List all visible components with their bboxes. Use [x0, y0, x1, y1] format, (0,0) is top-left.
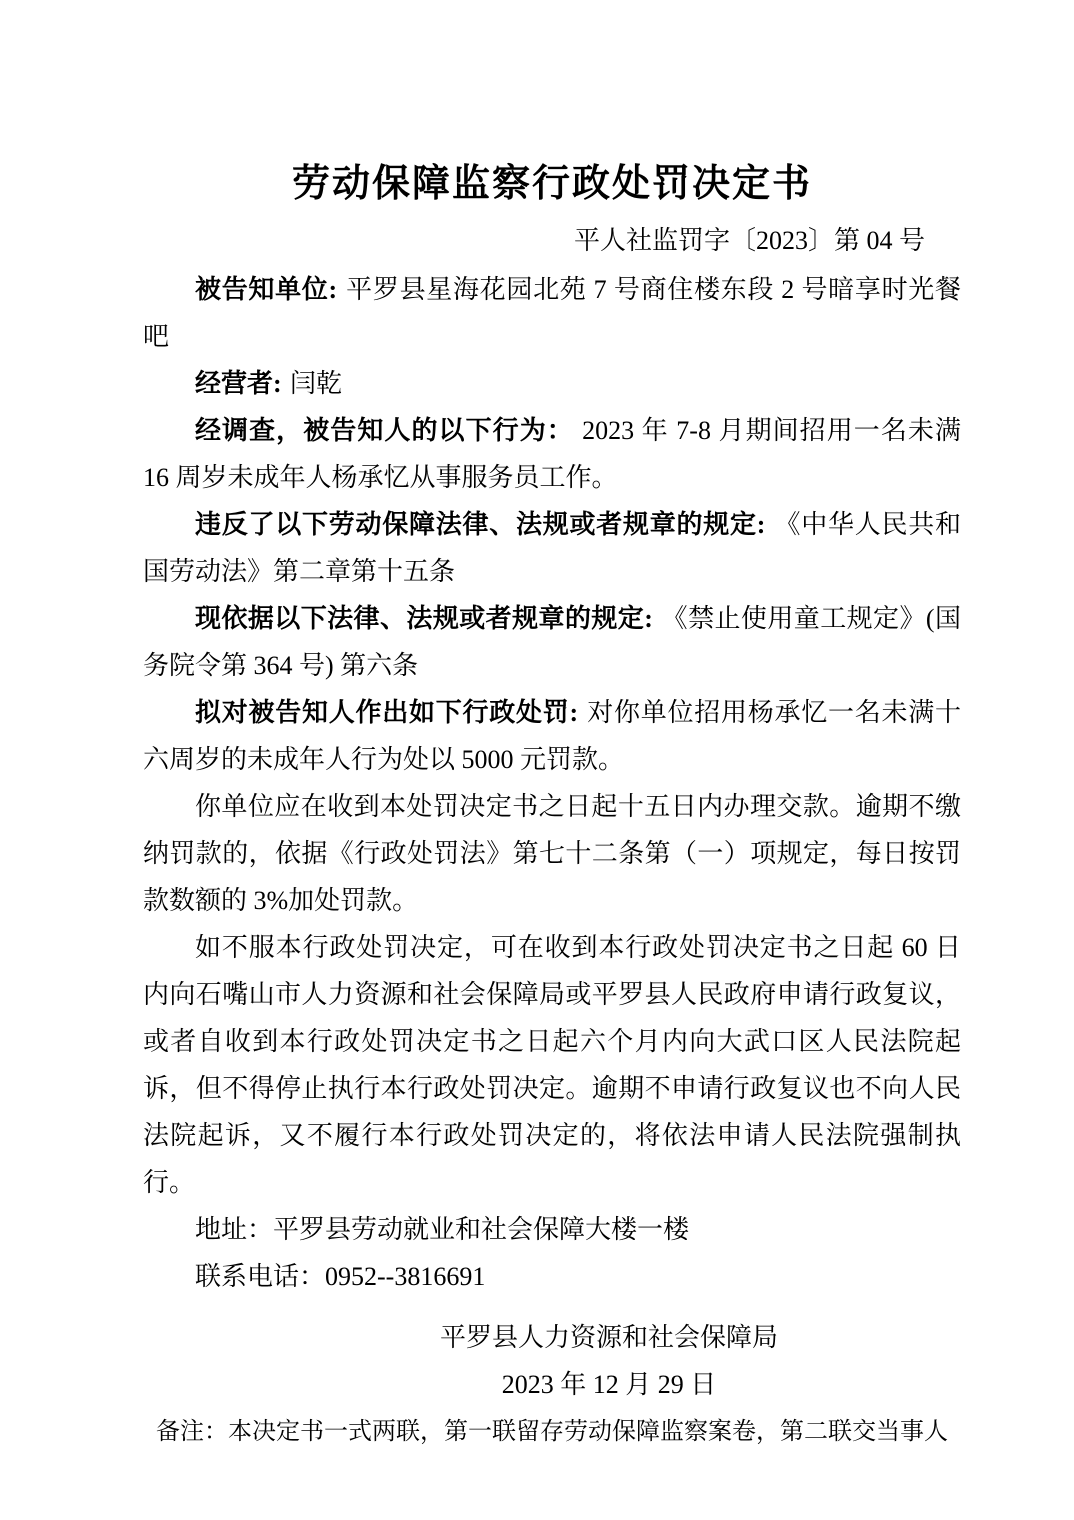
paragraph-label: 现依据以下法律、法规或者规章的规定:	[195, 604, 653, 633]
paragraph-phone: 联系电话：0952--3816691	[143, 1253, 961, 1300]
paragraph-violation: 违反了以下劳动保障法律、法规或者规章的规定:《中华人民共和国劳动法》第二章第十五…	[143, 501, 961, 595]
paragraph-legal-basis: 现依据以下法律、法规或者规章的规定:《禁止使用童工规定》(国务院令第 364 号…	[143, 595, 961, 689]
document-page: 劳动保障监察行政处罚决定书 平人社监罚字〔2023〕第 04 号 被告知单位:平…	[0, 0, 1074, 1520]
paragraph-label: 违反了以下劳动保障法律、法规或者规章的规定:	[195, 510, 765, 539]
paragraph-text: 联系电话：0952--3816691	[195, 1262, 485, 1291]
paragraph-payment-terms: 你单位应在收到本处罚决定书之日起十五日内办理交款。逾期不缴纳罚款的，依据《行政处…	[143, 783, 961, 924]
paragraph-text: 地址：平罗县劳动就业和社会保障大楼一楼	[195, 1215, 689, 1244]
paragraph-label: 拟对被告知人作出如下行政处罚:	[195, 698, 578, 727]
paragraph-label: 被告知单位:	[195, 275, 337, 304]
issuing-authority: 平罗县人力资源和社会保障局	[200, 1314, 1018, 1361]
issue-date: 2023 年 12 月 29 日	[200, 1361, 1018, 1408]
paragraph-text: 闫乾	[290, 369, 342, 398]
document-body: 被告知单位:平罗县星海花园北苑 7 号商住楼东段 2 号暗享时光餐吧 经营者:闫…	[143, 266, 961, 1300]
footer-note: 备注：本决定书一式两联，第一联留存劳动保障监察案卷，第二联交当事人	[143, 1410, 961, 1454]
paragraph-operator: 经营者:闫乾	[143, 360, 961, 407]
paragraph-label: 经调查，被告知人的以下行为：	[195, 416, 574, 445]
paragraph-label: 经营者:	[195, 369, 282, 398]
paragraph-text: 你单位应在收到本处罚决定书之日起十五日内办理交款。逾期不缴纳罚款的，依据《行政处…	[143, 792, 961, 915]
signature-block: 平罗县人力资源和社会保障局 2023 年 12 月 29 日	[200, 1314, 1018, 1408]
paragraph-notified-unit: 被告知单位:平罗县星海花园北苑 7 号商住楼东段 2 号暗享时光餐吧	[143, 266, 961, 360]
paragraph-penalty: 拟对被告知人作出如下行政处罚:对你单位招用杨承忆一名未满十六周岁的未成年人行为处…	[143, 689, 961, 783]
document-title: 劳动保障监察行政处罚决定书	[143, 0, 961, 212]
paragraph-text: 如不服本行政处罚决定，可在收到本行政处罚决定书之日起 60 日内向石嘴山市人力资…	[143, 933, 961, 1197]
paragraph-appeal-rights: 如不服本行政处罚决定，可在收到本行政处罚决定书之日起 60 日内向石嘴山市人力资…	[143, 924, 961, 1206]
document-number: 平人社监罚字〔2023〕第 04 号	[143, 218, 961, 264]
paragraph-investigation: 经调查，被告知人的以下行为：2023 年 7-8 月期间招用一名未满 16 周岁…	[143, 407, 961, 501]
paragraph-address: 地址：平罗县劳动就业和社会保障大楼一楼	[143, 1206, 961, 1253]
